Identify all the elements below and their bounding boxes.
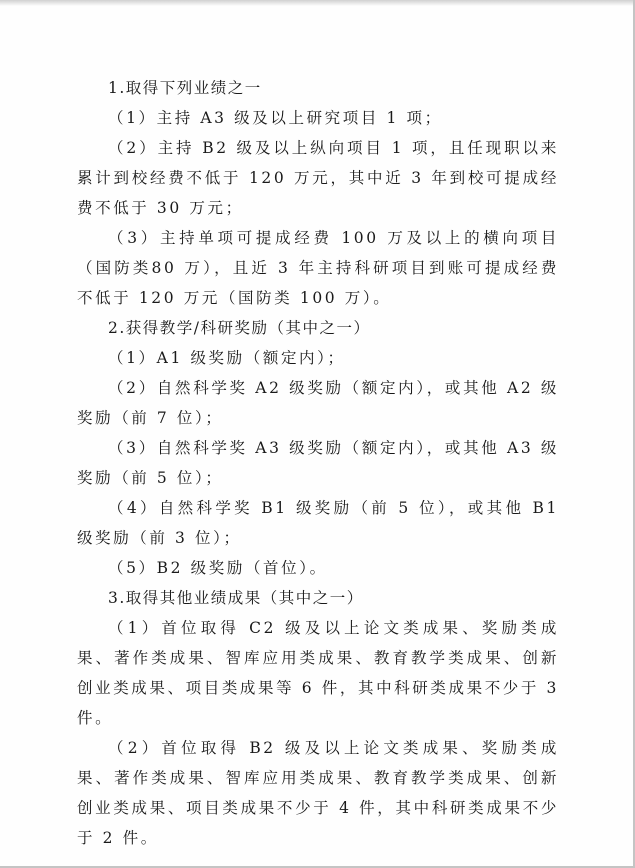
section-2-item-1: （1）A1 级奖励（额定内）； — [77, 343, 559, 373]
section-heading-3: 3.取得其他业绩成果（其中之一） — [77, 583, 559, 613]
section-3-item-1: （1）首位取得 C2 级及以上论文类成果、奖励类成果、著作类成果、智库应用类成果… — [77, 613, 559, 733]
section-heading-2: 2.获得教学/科研奖励（其中之一） — [77, 313, 559, 343]
page-top-shadow — [0, 0, 633, 6]
section-2-item-2: （2）自然科学奖 A2 级奖励（额定内），或其他 A2 级奖励（前 7 位）； — [77, 373, 559, 433]
section-1-item-1: （1）主持 A3 级及以上研究项目 1 项； — [77, 103, 559, 133]
section-2-item-3: （3）自然科学奖 A3 级奖励（额定内），或其他 A3 级奖励（前 5 位）； — [77, 433, 559, 493]
section-1-item-3: （3）主持单项可提成经费 100 万及以上的横向项目（国防类80 万），且近 3… — [77, 223, 559, 313]
section-2-item-4: （4）自然科学奖 B1 级奖励（前 5 位），或其他 B1 级奖励（前 3 位）… — [77, 493, 559, 553]
document-body: 1.取得下列业绩之一 （1）主持 A3 级及以上研究项目 1 项； （2）主持 … — [77, 73, 559, 853]
section-heading-1: 1.取得下列业绩之一 — [77, 73, 559, 103]
section-3-item-2: （2）首位取得 B2 级及以上论文类成果、奖励类成果、著作类成果、智库应用类成果… — [77, 733, 559, 853]
document-page: 1.取得下列业绩之一 （1）主持 A3 级及以上研究项目 1 项； （2）主持 … — [0, 0, 635, 868]
section-1-item-2: （2）主持 B2 级及以上纵向项目 1 项，且任现职以来累计到校经费不低于 12… — [77, 133, 559, 223]
section-2-item-5: （5）B2 级奖励（首位）。 — [77, 553, 559, 583]
